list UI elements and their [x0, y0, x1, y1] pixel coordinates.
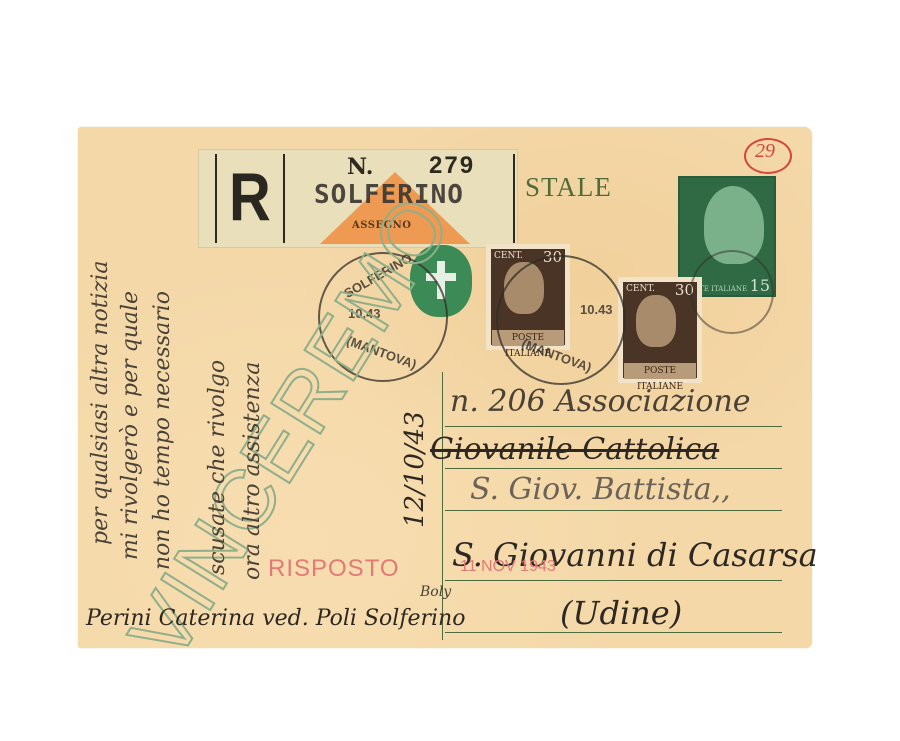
address-line: (Udine)	[560, 594, 682, 632]
sender-signature: Perini Caterina ved. Poli Solferino	[86, 606, 465, 631]
archive-mark-number: 29	[755, 140, 775, 163]
registered-letter: R	[229, 158, 271, 236]
message-line: mi rivolgerò e per quale	[118, 291, 143, 560]
address-line: Giovanile Cattolica	[430, 432, 719, 467]
label-divider	[283, 154, 285, 243]
message-line: ora altro assistenza	[240, 362, 265, 580]
message-line: scusate che rivolgo	[205, 360, 230, 575]
message-line: non ho tempo necessario	[150, 291, 175, 570]
address-rule	[445, 426, 782, 427]
label-divider	[215, 154, 217, 243]
reply-stamp-date: 11 NOV 1943	[460, 558, 556, 576]
note-text: Boly	[420, 584, 451, 600]
address-rule	[445, 468, 782, 469]
postmark	[690, 250, 774, 334]
message-line: per qualsiasi altra notizia	[88, 261, 113, 545]
address-line: S. Giov. Battista,,	[470, 472, 731, 507]
postmark-date: 10.43	[580, 302, 613, 317]
address-rule	[445, 632, 782, 633]
postmark	[496, 255, 626, 385]
card-header-text: STALE	[525, 172, 612, 203]
address-line: n. 206 Associazione	[450, 384, 751, 419]
stamp-currency: CENT.	[626, 284, 655, 294]
stamp-country: POSTE ITALIANE	[624, 363, 696, 379]
stamp-currency: CENT.	[494, 251, 523, 261]
address-rule	[445, 580, 782, 581]
registration-office: SOLFERINO	[314, 180, 464, 210]
address-rule	[445, 510, 782, 511]
king-portrait-icon	[636, 295, 676, 347]
message-date: 12/10/43	[400, 411, 430, 528]
reply-stamp: RISPOSTO	[268, 555, 400, 583]
label-divider	[513, 154, 515, 243]
